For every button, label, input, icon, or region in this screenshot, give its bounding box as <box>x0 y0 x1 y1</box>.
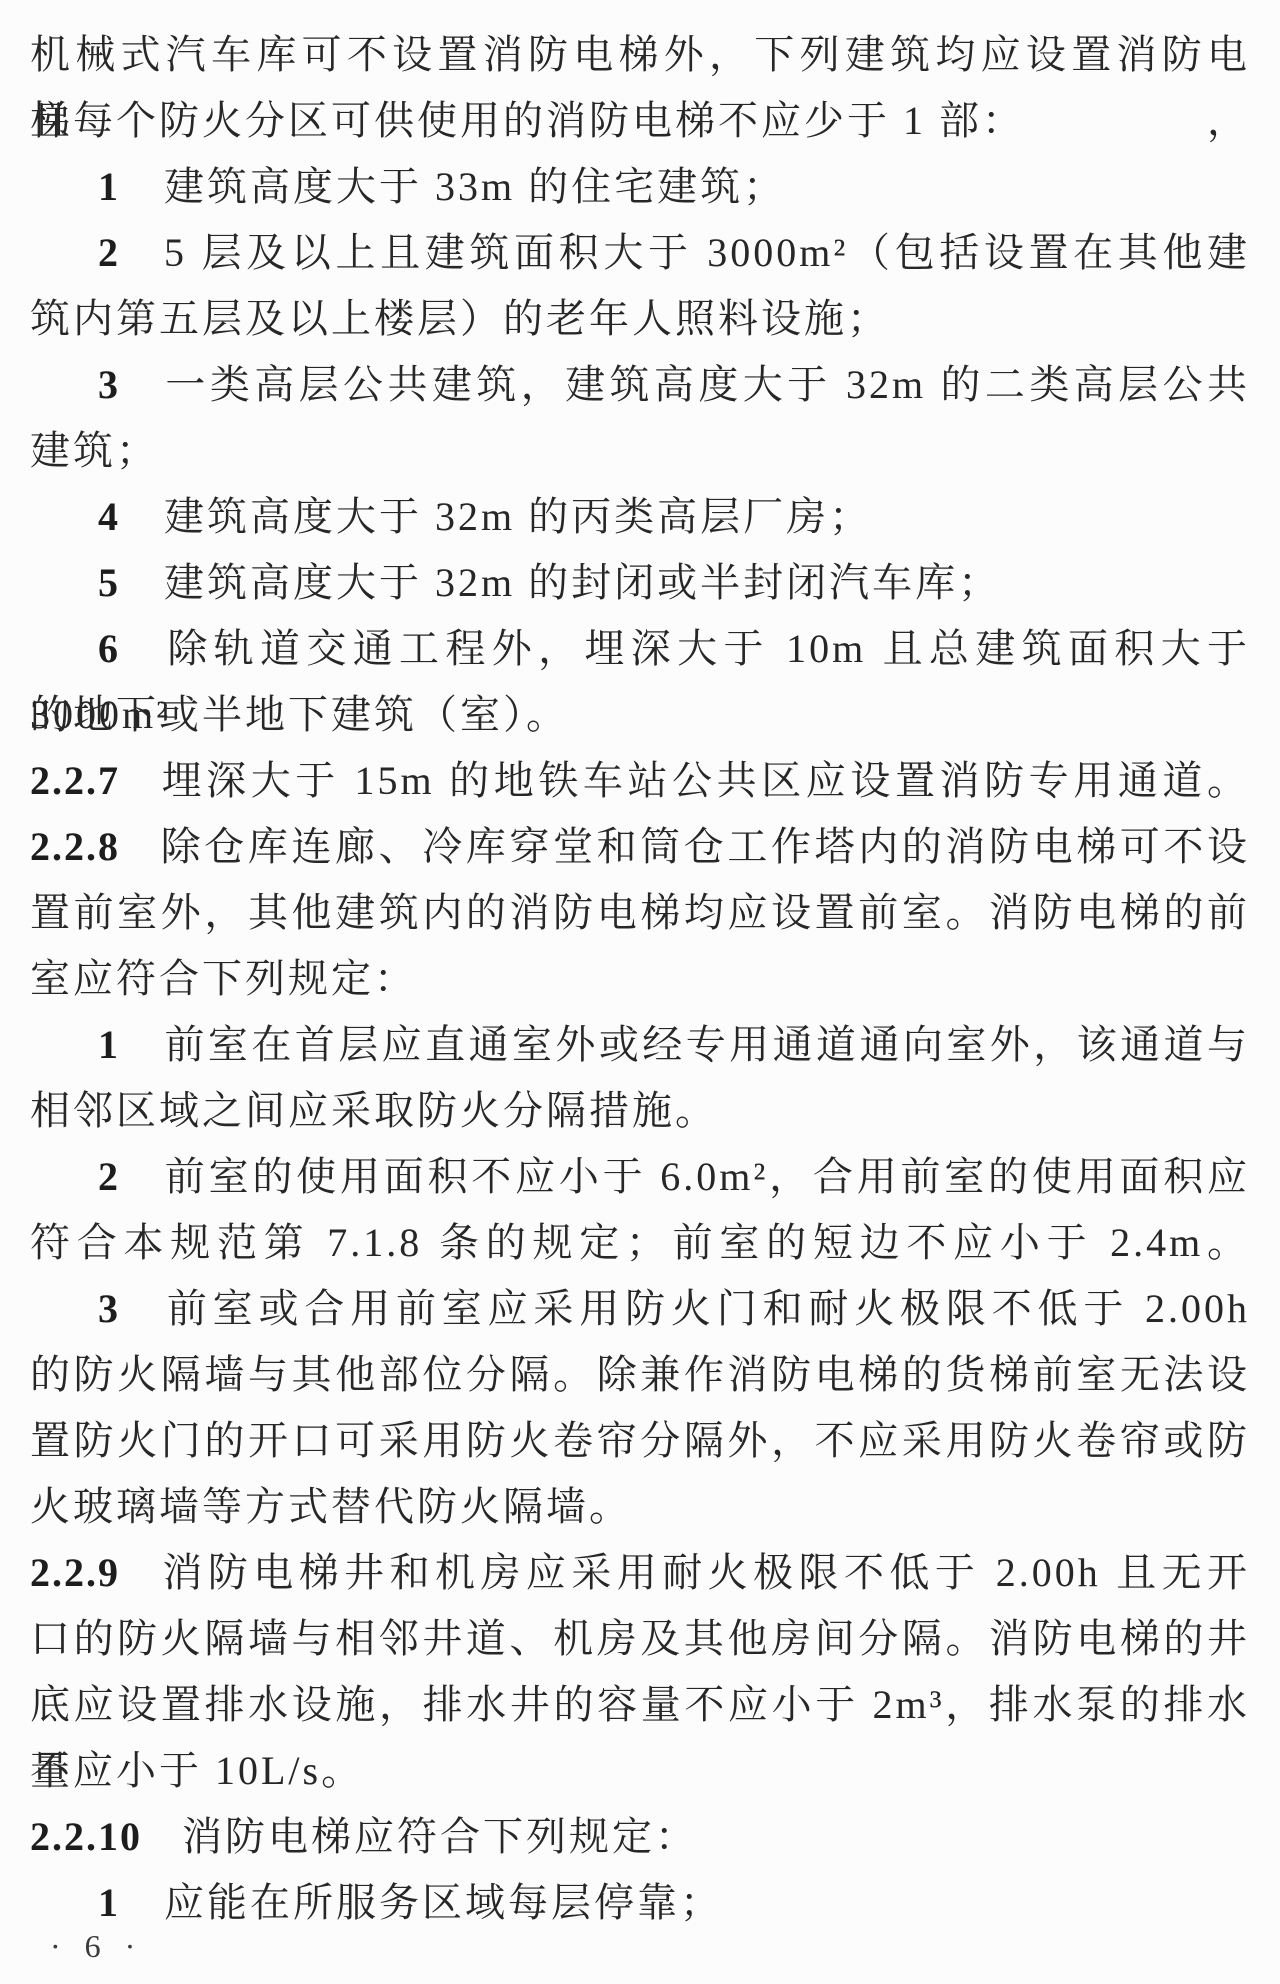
item-line: 的地下或半地下建筑（室）。 <box>30 682 1250 748</box>
line-text: 前室在首层应直通室外或经专用通道通向室外，该通道与 <box>164 1022 1250 1067</box>
clause-line: 2.2.8除仓库连廊、冷库穿堂和筒仓工作塔内的消防电梯可不设 <box>30 814 1250 880</box>
line-text: 埋深大于 15m 的地铁车站公共区应设置消防专用通道。 <box>160 758 1250 803</box>
line-text: 消防电梯井和机房应采用耐火极限不低于 2.00h 且无开 <box>160 1550 1250 1595</box>
item-line: 火玻璃墙等方式替代防火隔墙。 <box>30 1474 1250 1540</box>
line-text: 消防电梯应符合下列规定： <box>182 1814 698 1859</box>
item-number: 2 <box>98 230 120 275</box>
clause-2-2-6-item-2: 25 层及以上且建筑面积大于 3000m²（包括设置在其他建 筑内第五层及以上楼… <box>30 220 1250 352</box>
line-text: 的防火隔墙与其他部位分隔。除兼作消防电梯的货梯前室无法设 <box>30 1352 1250 1397</box>
document-body: 机械式汽车库可不设置消防电梯外，下列建筑均应设置消防电梯， 且每个防火分区可供使… <box>30 22 1250 1936</box>
clause-2-2-10: 2.2.10消防电梯应符合下列规定： <box>30 1804 1250 1870</box>
item-line: 的防火隔墙与其他部位分隔。除兼作消防电梯的货梯前室无法设 <box>30 1342 1250 1408</box>
item-number: 1 <box>98 1022 120 1067</box>
clause-2-2-7: 2.2.7埋深大于 15m 的地铁车站公共区应设置消防专用通道。 <box>30 748 1250 814</box>
item-line: 相邻区域之间应采取防火分隔措施。 <box>30 1078 1250 1144</box>
line-text: 相邻区域之间应采取防火分隔措施。 <box>30 1088 718 1133</box>
item-line: 25 层及以上且建筑面积大于 3000m²（包括设置在其他建 <box>30 220 1250 286</box>
clause-line: 口的防火隔墙与相邻井道、机房及其他房间分隔。消防电梯的井 <box>30 1606 1250 1672</box>
clause-2-2-6-item-3: 3一类高层公共建筑，建筑高度大于 32m 的二类高层公共 建筑； <box>30 352 1250 484</box>
item-number: 1 <box>98 164 120 209</box>
clause-2-2-6-item-6: 6除轨道交通工程外，埋深大于 10m 且总建筑面积大于 3000m² 的地下或半… <box>30 616 1250 748</box>
clause-2-2-6-item-1: 1建筑高度大于 33m 的住宅建筑； <box>30 154 1250 220</box>
clause-2-2-8-item-3: 3前室或合用前室应采用防火门和耐火极限不低于 2.00h 的防火隔墙与其他部位分… <box>30 1276 1250 1540</box>
line-text: 置前室外，其他建筑内的消防电梯均应设置前室。消防电梯的前 <box>30 890 1250 935</box>
line-text: 前室或合用前室应采用防火门和耐火极限不低于 2.00h <box>164 1286 1250 1331</box>
item-line: 1应能在所服务区域每层停靠； <box>30 1870 1250 1936</box>
clause-2-2-6-continuation: 机械式汽车库可不设置消防电梯外，下列建筑均应设置消防电梯， 且每个防火分区可供使… <box>30 22 1250 154</box>
item-line: 符合本规范第 7.1.8 条的规定；前室的短边不应小于 2.4m。 <box>30 1210 1250 1276</box>
line-text: 建筑高度大于 32m 的丙类高层厂房； <box>164 494 872 539</box>
clause-number: 2.2.7 <box>30 758 120 803</box>
line-text: 置防火门的开口可采用防火卷帘分隔外，不应采用防火卷帘或防 <box>30 1418 1250 1463</box>
clause-line: 室应符合下列规定： <box>30 946 1250 1012</box>
clause-2-2-8-item-1: 1前室在首层应直通室外或经专用通道通向室外，该通道与 相邻区域之间应采取防火分隔… <box>30 1012 1250 1144</box>
item-number: 3 <box>98 362 120 407</box>
item-line: 3前室或合用前室应采用防火门和耐火极限不低于 2.00h <box>30 1276 1250 1342</box>
line-text: 口的防火隔墙与相邻井道、机房及其他房间分隔。消防电梯的井 <box>30 1616 1250 1661</box>
item-line: 1建筑高度大于 33m 的住宅建筑； <box>30 154 1250 220</box>
item-line: 5建筑高度大于 32m 的封闭或半封闭汽车库； <box>30 550 1250 616</box>
clause-2-2-6-item-5: 5建筑高度大于 32m 的封闭或半封闭汽车库； <box>30 550 1250 616</box>
item-line: 1前室在首层应直通室外或经专用通道通向室外，该通道与 <box>30 1012 1250 1078</box>
clause-line: 底应设置排水设施，排水井的容量不应小于 2m³，排水泵的排水量 <box>30 1672 1250 1738</box>
item-line: 6除轨道交通工程外，埋深大于 10m 且总建筑面积大于 3000m² <box>30 616 1250 682</box>
line-text: 筑内第五层及以上楼层）的老年人照料设施； <box>30 296 890 341</box>
line-text: 火玻璃墙等方式替代防火隔墙。 <box>30 1484 632 1529</box>
item-line: 4建筑高度大于 32m 的丙类高层厂房； <box>30 484 1250 550</box>
clause-number: 2.2.10 <box>30 1814 142 1859</box>
clause-2-2-6-item-4: 4建筑高度大于 32m 的丙类高层厂房； <box>30 484 1250 550</box>
line-text: 符合本规范第 7.1.8 条的规定；前室的短边不应小于 2.4m。 <box>30 1220 1250 1265</box>
line-text: 室应符合下列规定： <box>30 956 417 1001</box>
document-page: 机械式汽车库可不设置消防电梯外，下列建筑均应设置消防电梯， 且每个防火分区可供使… <box>0 0 1280 1984</box>
line-text: 5 层及以上且建筑面积大于 3000m²（包括设置在其他建 <box>164 230 1250 275</box>
clause-2-2-9: 2.2.9消防电梯井和机房应采用耐火极限不低于 2.00h 且无开 口的防火隔墙… <box>30 1540 1250 1804</box>
clause-line: 2.2.7埋深大于 15m 的地铁车站公共区应设置消防专用通道。 <box>30 748 1250 814</box>
clause-number: 2.2.9 <box>30 1550 120 1595</box>
item-line: 3一类高层公共建筑，建筑高度大于 32m 的二类高层公共 <box>30 352 1250 418</box>
item-line: 置防火门的开口可采用防火卷帘分隔外，不应采用防火卷帘或防 <box>30 1408 1250 1474</box>
line-text: 且每个防火分区可供使用的消防电梯不应少于 1 部： <box>30 98 1025 143</box>
clause-line: 不应小于 10L/s。 <box>30 1738 1250 1804</box>
page-number: · 6 · <box>50 1924 143 1968</box>
line-text: 一类高层公共建筑，建筑高度大于 32m 的二类高层公共 <box>164 362 1250 407</box>
item-line: 筑内第五层及以上楼层）的老年人照料设施； <box>30 286 1250 352</box>
item-number: 2 <box>98 1154 120 1199</box>
item-number: 3 <box>98 1286 120 1331</box>
item-number: 6 <box>98 626 120 671</box>
clause-2-2-10-item-1: 1应能在所服务区域每层停靠； <box>30 1870 1250 1936</box>
line-text: 建筑高度大于 33m 的住宅建筑； <box>164 164 786 209</box>
clause-2-2-6-intro-line-0: 机械式汽车库可不设置消防电梯外，下列建筑均应设置消防电梯， <box>30 22 1250 88</box>
item-line: 建筑； <box>30 418 1250 484</box>
line-text: 应能在所服务区域每层停靠； <box>164 1880 723 1925</box>
item-line: 2前室的使用面积不应小于 6.0m²，合用前室的使用面积应 <box>30 1144 1250 1210</box>
line-text: 前室的使用面积不应小于 6.0m²，合用前室的使用面积应 <box>164 1154 1250 1199</box>
line-text: 除仓库连廊、冷库穿堂和筒仓工作塔内的消防电梯可不设 <box>160 824 1250 869</box>
line-text: 建筑； <box>30 428 159 473</box>
item-number: 4 <box>98 494 120 539</box>
clause-2-2-8-item-2: 2前室的使用面积不应小于 6.0m²，合用前室的使用面积应 符合本规范第 7.1… <box>30 1144 1250 1276</box>
line-text: 的地下或半地下建筑（室）。 <box>30 692 569 737</box>
line-text: 建筑高度大于 32m 的封闭或半封闭汽车库； <box>164 560 1001 605</box>
clause-line: 置前室外，其他建筑内的消防电梯均应设置前室。消防电梯的前 <box>30 880 1250 946</box>
clause-line: 2.2.10消防电梯应符合下列规定： <box>30 1804 1250 1870</box>
clause-number: 2.2.8 <box>30 824 120 869</box>
item-number: 1 <box>98 1880 120 1925</box>
clause-2-2-8: 2.2.8除仓库连廊、冷库穿堂和筒仓工作塔内的消防电梯可不设 置前室外，其他建筑… <box>30 814 1250 1012</box>
clause-line: 2.2.9消防电梯井和机房应采用耐火极限不低于 2.00h 且无开 <box>30 1540 1250 1606</box>
item-number: 5 <box>98 560 120 605</box>
line-text: 不应小于 10L/s。 <box>30 1748 364 1793</box>
